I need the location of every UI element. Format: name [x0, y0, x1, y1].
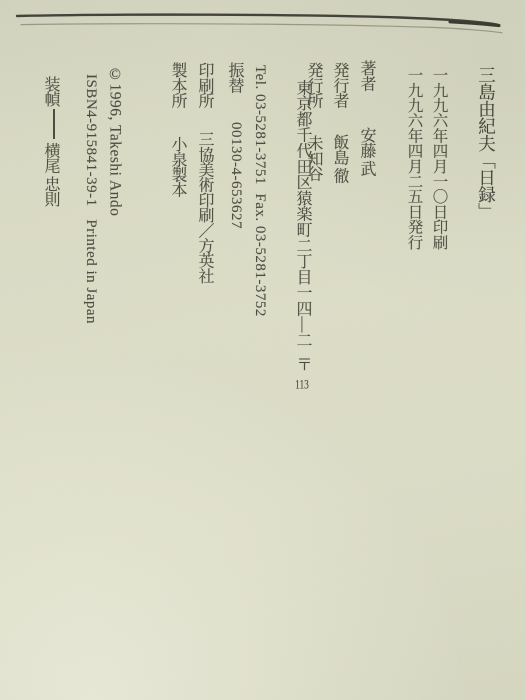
- binder-name: 小泉製本: [169, 136, 185, 197]
- publisher-address-column: 東京都千代田区猿楽町二丁目一四―二〒113: [278, 64, 326, 390]
- publisher-name: 飯島 徹: [331, 134, 347, 183]
- page-edge-dark-line-end: [450, 22, 499, 26]
- postal-mark-symbol: 〒: [294, 356, 311, 372]
- page-edge-lines: [0, 0, 525, 48]
- printer-name: 三協美術印刷／方英社: [196, 131, 212, 283]
- page-edge-dark-line: [17, 15, 498, 25]
- printer-label: 印刷所: [196, 62, 212, 108]
- design-label: 装幀: [42, 76, 59, 106]
- design-dash: [53, 109, 55, 139]
- postal-transfer-number: 00130-4-653627: [228, 122, 243, 229]
- publish-date: 一九九六年四月二五日発行: [406, 67, 422, 249]
- binder-label: 製本所: [169, 62, 185, 108]
- postal-code: 113: [295, 378, 309, 391]
- designer-name: 横尾 忠則: [42, 142, 59, 206]
- print-date: 一九九六年四月一〇日印刷: [431, 67, 447, 249]
- postal-transfer-label: 振替: [226, 62, 242, 92]
- tel-fax-line: Tel. 03-5281-3751 Fax. 03-5281-3752: [252, 65, 267, 317]
- page-edge-thin-line: [21, 24, 502, 33]
- book-title: 三島由紀夫「日録」: [477, 66, 495, 220]
- publisher-label: 発行者: [331, 62, 347, 108]
- book-colophon-page: 三島由紀夫「日録」 一九九六年四月一〇日印刷 一九九六年四月二五日発行 著者 安…: [0, 0, 525, 700]
- author-name: 安藤 武: [358, 127, 374, 176]
- isbn-line: ISBN4-915841-39-1 Printed in Japan: [83, 74, 98, 324]
- address-line: 東京都千代田区猿楽町二丁目一四―二: [294, 79, 311, 348]
- author-label: 著者: [358, 60, 374, 90]
- design-credit-column: 装幀横尾 忠則: [26, 63, 74, 206]
- copyright-line: ©1996, Takeshi Ando: [107, 66, 123, 216]
